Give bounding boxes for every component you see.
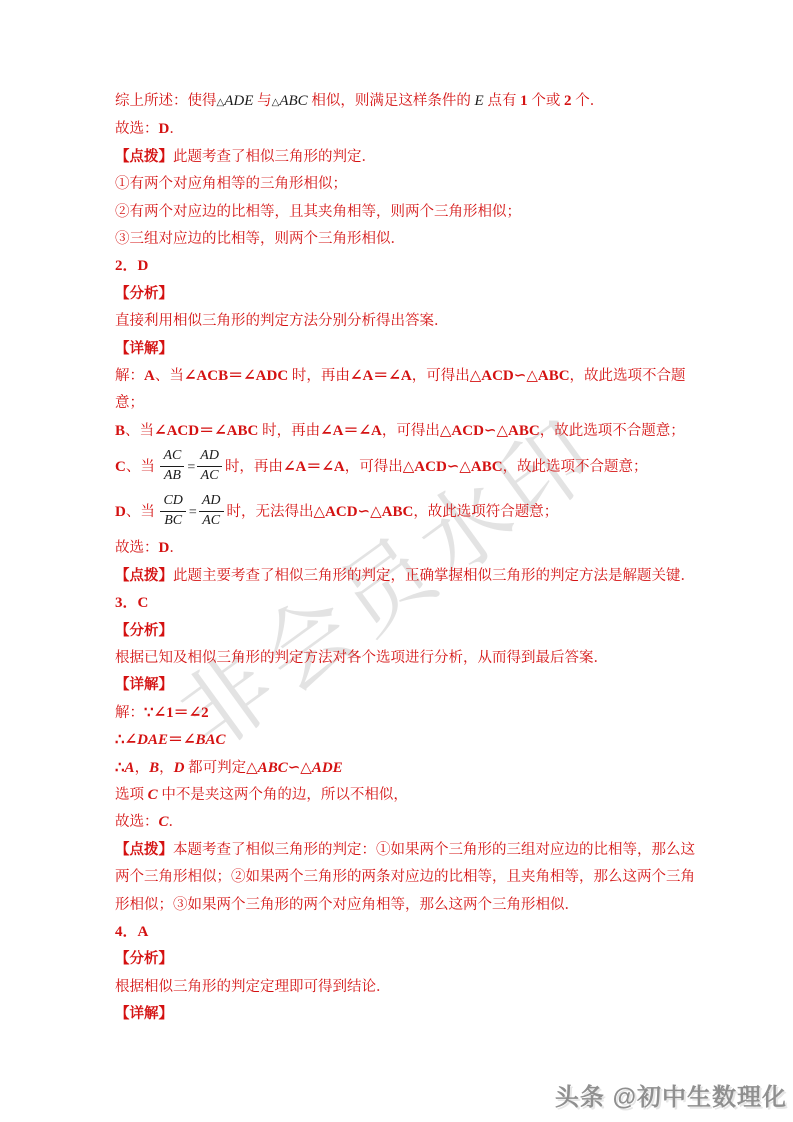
text-run: 故选： [115, 814, 159, 830]
text-run: ③三组对应边的比相等，则两个三角形相似． [115, 231, 405, 247]
document-line: 故选：C． [115, 809, 685, 836]
text-run: 1 [520, 93, 531, 109]
text-run: 时，再由 [292, 368, 350, 384]
text-run: BAC [196, 732, 226, 748]
document-line: 根据相似三角形的判定定理即可得到结论． [115, 974, 685, 1001]
text-run: A [144, 368, 155, 384]
text-run: ①有两个对应角相等的三角形相似； [115, 176, 347, 192]
text-run: 【分析】 [115, 951, 173, 967]
document-line: 3．C [115, 590, 685, 617]
text-run: ∠A＝∠A [283, 459, 345, 475]
document-line: 直接利用相似三角形的判定方法分别分析得出答案． [115, 308, 685, 335]
text-run: E [475, 93, 488, 109]
fraction: ACAB [160, 448, 184, 485]
text-run: ∠A＝∠A [320, 423, 382, 439]
document-line: 【详解】 [115, 672, 685, 699]
watermark-corner: 头条 @初中生数理化 [555, 1077, 787, 1112]
text-run: ，可得出 [345, 459, 403, 475]
text-run: D [159, 121, 170, 137]
document-page: 非会员水印 综上所述：使得△ADE 与△ABC 相似，则满足这样条件的 E 点有… [0, 0, 793, 1122]
document-line: 选项 C 中不是夹这两个角的边，所以不相似， [115, 782, 685, 809]
document-line: 4．A [115, 919, 685, 946]
text-run: △ACD∽△ABC [470, 368, 570, 384]
fraction-numerator: AC [160, 448, 184, 467]
text-run: ，故此选项不合题意； [503, 459, 648, 475]
text-run: ，故此选项不合题 [570, 368, 686, 384]
text-run: 解： [115, 705, 144, 721]
document-line: 解：∵∠1＝∠2 [115, 700, 685, 727]
text-run: 4．A [115, 924, 148, 940]
text-run: 选项 [115, 787, 148, 803]
text-run: △ACD∽△ABC [314, 504, 414, 520]
text-run: 、当 [155, 368, 184, 384]
text-run: 相似，则满足这样条件的 [311, 93, 474, 109]
text-run: 故选： [115, 121, 159, 137]
text-run: 时，无法得出 [227, 504, 314, 520]
text-run: ∴ [115, 760, 125, 776]
document-line: 两个三角形相似；②如果两个三角形的两条对应边的比相等，且夹角相等，那么这两个三角 [115, 864, 685, 891]
text-run: ∴∠ [115, 732, 137, 748]
text-run: ，故此选项不合题意； [540, 423, 685, 439]
text-run: 时，再由 [225, 459, 283, 475]
fraction: ADAC [199, 493, 224, 530]
fraction-denominator: AC [197, 467, 222, 485]
document-line: 【分析】 [115, 946, 685, 973]
text-run: ∠ACD＝∠ABC [154, 423, 262, 439]
document-line: 【点拨】本题考查了相似三角形的判定：①如果两个三角形的三组对应边的比相等，那么这 [115, 837, 685, 864]
fraction-numerator: AD [199, 493, 224, 512]
document-line: B、当∠ACD＝∠ABC 时，再由∠A＝∠A，可得出△ACD∽△ABC，故此选项… [115, 418, 685, 445]
text-run: ∠ACB＝∠ADC [184, 368, 292, 384]
document-line: ③三组对应边的比相等，则两个三角形相似． [115, 226, 685, 253]
fraction: CDBC [160, 493, 185, 530]
fraction-numerator: CD [160, 493, 185, 512]
text-run: 时，再由 [262, 423, 320, 439]
text-run: B [115, 423, 125, 439]
fraction: ADAC [197, 448, 222, 485]
text-run: 直接利用相似三角形的判定方法分别分析得出答案． [115, 313, 449, 329]
text-run: 中不是夹这两个角的边，所以不相似， [161, 787, 408, 803]
text-run: ＝∠ [168, 732, 196, 748]
text-run: A [125, 760, 135, 776]
document-line: 综上所述：使得△ADE 与△ABC 相似，则满足这样条件的 E 点有 1 个或 … [115, 88, 685, 116]
document-line: 【详解】 [115, 336, 685, 363]
text-run: D [174, 760, 189, 776]
text-run: 此题考查了相似三角形的判定． [173, 149, 376, 165]
document-line: D、当 CDBC=ADAC时，无法得出△ACD∽△ABC，故此选项符合题意； [115, 490, 685, 535]
text-run: 本题考查了相似三角形的判定：①如果两个三角形的三组对应边的比相等，那么这 [173, 842, 695, 858]
text-run: 、当 [126, 459, 159, 475]
document-line: 形相似；③如果两个三角形的两个对应角相等，那么这两个三角形相似． [115, 892, 685, 919]
text-run: ABC [279, 93, 311, 109]
text-run: 3．C [115, 595, 148, 611]
text-run: △ABC∽△ADE [246, 760, 343, 776]
document-line: ∴∠DAE＝∠BAC [115, 727, 685, 754]
text-run: DAE [137, 732, 168, 748]
text-run: 综上所述：使得 [115, 93, 217, 109]
text-run: C [115, 459, 126, 475]
text-run: 【分析】 [115, 623, 173, 639]
text-run: 【详解】 [115, 677, 173, 693]
document-line: 故选：D． [115, 535, 685, 562]
text-run: 【详解】 [115, 341, 173, 357]
text-run: 故选： [115, 540, 159, 556]
text-run: 、当 [125, 423, 154, 439]
text-run: 【点拨】 [115, 149, 173, 165]
text-run: 根据已知及相似三角形的判定方法对各个选项进行分析，从而得到最后答案． [115, 650, 608, 666]
document-line: C、当 ACAB=ADAC时，再由∠A＝∠A，可得出△ACD∽△ABC，故此选项… [115, 445, 685, 490]
text-run: ②有两个对应边的比相等，且其夹角相等，则两个三角形相似； [115, 204, 521, 220]
document-lines: 综上所述：使得△ADE 与△ABC 相似，则满足这样条件的 E 点有 1 个或 … [115, 88, 685, 1029]
fraction-denominator: AB [160, 467, 184, 485]
fraction-denominator: AC [199, 512, 224, 530]
document-line: 根据已知及相似三角形的判定方法对各个选项进行分析，从而得到最后答案． [115, 645, 685, 672]
text-run: C [148, 787, 162, 803]
text-run: 与 [257, 93, 272, 109]
text-run: 2．D [115, 258, 148, 274]
document-line: 2．D [115, 253, 685, 280]
text-run: 个或 [531, 93, 564, 109]
text-run: = [189, 505, 197, 520]
text-run: 解： [115, 368, 144, 384]
document-line: ②有两个对应边的比相等，且其夹角相等，则两个三角形相似； [115, 199, 685, 226]
text-run: ， [135, 760, 150, 776]
document-line: 【详解】 [115, 1001, 685, 1028]
document-line: ①有两个对应角相等的三角形相似； [115, 171, 685, 198]
document-line: 故选：D． [115, 116, 685, 143]
text-run: C [159, 814, 169, 830]
fraction-numerator: AD [197, 448, 222, 467]
text-run: ，故此选项符合题意； [413, 504, 558, 520]
document-line: 【点拨】此题主要考查了相似三角形的判定，正确掌握相似三角形的判定方法是解题关键． [115, 563, 685, 590]
text-run: ， [159, 760, 174, 776]
text-run: 根据相似三角形的判定定理即可得到结论． [115, 979, 391, 995]
text-run: ，可得出 [412, 368, 470, 384]
text-run: B [149, 760, 159, 776]
text-run: △ACD∽△ABC [403, 459, 503, 475]
text-run: D [115, 504, 126, 520]
document-line: 【分析】 [115, 281, 685, 308]
text-run: = [187, 460, 195, 475]
text-run: 都可判定 [188, 760, 246, 776]
text-run: 【点拨】 [115, 568, 173, 584]
text-run: ． [169, 540, 184, 556]
text-run: D [159, 540, 170, 556]
text-run: 意； [115, 395, 144, 411]
fraction-denominator: BC [160, 512, 185, 530]
text-run: ，可得出 [382, 423, 440, 439]
text-run: 点有 [487, 93, 520, 109]
text-run: ． [169, 121, 184, 137]
text-run: 【分析】 [115, 286, 173, 302]
document-line: 【点拨】此题考查了相似三角形的判定． [115, 144, 685, 171]
text-run: 个． [575, 93, 604, 109]
text-run: 两个三角形相似；②如果两个三角形的两条对应边的比相等，且夹角相等，那么这两个三角 [115, 869, 695, 885]
document-line: 意； [115, 390, 685, 417]
text-run: ∠A＝∠A [350, 368, 412, 384]
text-run: ADE [224, 93, 257, 109]
text-run: 【点拨】 [115, 842, 173, 858]
text-run: 此题主要考查了相似三角形的判定，正确掌握相似三角形的判定方法是解题关键． [173, 568, 695, 584]
text-run: 形相似；③如果两个三角形的两个对应角相等，那么这两个三角形相似． [115, 897, 579, 913]
text-run: 、当 [126, 504, 159, 520]
document-line: ∴A，B，D 都可判定△ABC∽△ADE [115, 755, 685, 782]
text-run: 【详解】 [115, 1006, 173, 1022]
document-line: 解：A、当∠ACB＝∠ADC 时，再由∠A＝∠A，可得出△ACD∽△ABC，故此… [115, 363, 685, 390]
text-run: 2 [564, 93, 575, 109]
text-run: △ACD∽△ABC [440, 423, 540, 439]
document-line: 【分析】 [115, 618, 685, 645]
text-run: ． [169, 814, 184, 830]
text-run: ∵∠1＝∠2 [144, 705, 209, 721]
